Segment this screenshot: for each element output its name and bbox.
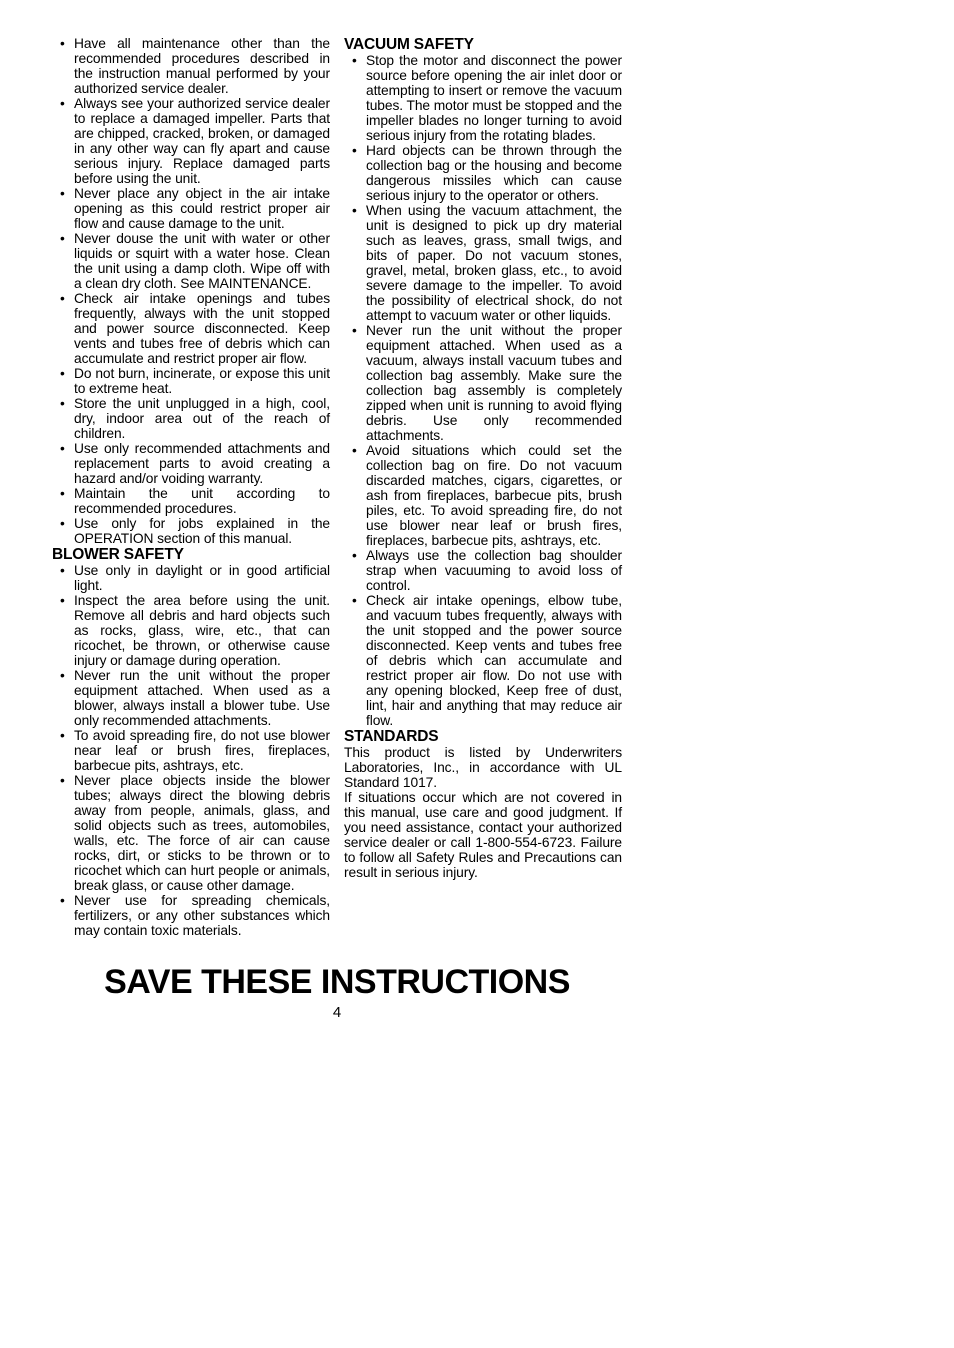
safety-bullet: Check air intake openings, elbow tube, a… — [344, 593, 622, 728]
safety-bullet: Never place objects inside the blower tu… — [52, 773, 330, 893]
safety-bullet: Do not burn, incinerate, or expose this … — [52, 366, 330, 396]
safety-bullet: Never douse the unit with water or other… — [52, 231, 330, 291]
safety-bullet: Avoid situations which could set the col… — [344, 443, 622, 548]
manual-page: Have all maintenance other than the reco… — [0, 0, 954, 1348]
safety-bullet: Store the unit unplugged in a high, cool… — [52, 396, 330, 441]
safety-bullet: Always see your authorized service deale… — [52, 96, 330, 186]
safety-bullet: When using the vacuum attachment, the un… — [344, 203, 622, 323]
safety-bullet: Always use the collection bag shoulder s… — [344, 548, 622, 593]
safety-bullet: Use only for jobs explained in the OPERA… — [52, 516, 330, 546]
standards-paragraph: If situations occur which are not covere… — [344, 790, 622, 880]
blower-safety-heading: BLOWER SAFETY — [52, 546, 330, 563]
standards-heading: STANDARDS — [344, 728, 622, 745]
safety-bullet: Have all maintenance other than the reco… — [52, 36, 330, 96]
safety-bullet: To avoid spreading fire, do not use blow… — [52, 728, 330, 773]
standards-paragraph: This product is listed by Underwriters L… — [344, 745, 622, 790]
safety-bullet: Never run the unit without the proper eq… — [52, 668, 330, 728]
safety-bullet: Maintain the unit according to recommend… — [52, 486, 330, 516]
safety-bullet: Hard objects can be thrown through the c… — [344, 143, 622, 203]
safety-bullet: Use only in daylight or in good artifici… — [52, 563, 330, 593]
vacuum-safety-heading: VACUUM SAFETY — [344, 36, 622, 53]
right-column: VACUUM SAFETY Stop the motor and disconn… — [344, 36, 622, 938]
blower-safety-list: Use only in daylight or in good artifici… — [52, 563, 330, 938]
safety-bullet: Inspect the area before using the unit. … — [52, 593, 330, 668]
safety-bullet: Check air intake openings and tubes freq… — [52, 291, 330, 366]
content-columns: Have all maintenance other than the reco… — [0, 0, 954, 938]
general-safety-list: Have all maintenance other than the reco… — [52, 36, 330, 546]
safety-bullet: Stop the motor and disconnect the power … — [344, 53, 622, 143]
safety-bullet: Never place any object in the air intake… — [52, 186, 330, 231]
vacuum-safety-list: Stop the motor and disconnect the power … — [344, 53, 622, 728]
safety-bullet: Never use for spreading chemicals, ferti… — [52, 893, 330, 938]
safety-bullet: Use only recommended attachments and rep… — [52, 441, 330, 486]
page-number: 4 — [52, 1004, 622, 1021]
left-column: Have all maintenance other than the reco… — [52, 36, 330, 938]
save-instructions-title: SAVE THESE INSTRUCTIONS — [52, 964, 622, 1000]
safety-bullet: Never run the unit without the proper eq… — [344, 323, 622, 443]
